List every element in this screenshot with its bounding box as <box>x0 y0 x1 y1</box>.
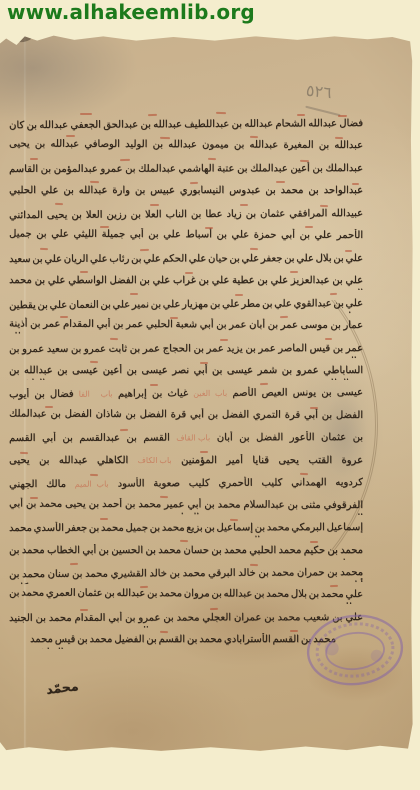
manuscript-line: عبدالواحد بن محمد بن عبدوس النيسابوري عب… <box>9 184 363 200</box>
line-text: عبيدالله المرافقي عثمان بن زياد عطا بن ا… <box>9 208 363 221</box>
red-annotation-mark <box>170 317 178 319</box>
line-text: عمار بن موسى عمر بن أبان عمر بن أبي شعبة… <box>9 319 363 336</box>
red-annotation-mark <box>30 158 38 160</box>
line-text: فضال عبدالله الشحام عبدالله بن عبداللطيف… <box>9 118 363 131</box>
manuscript-line: الفرقوفي مثنى بن عبدالسلام محمد بن أبي ع… <box>9 497 363 515</box>
red-annotation-mark <box>235 294 243 296</box>
red-annotation-mark <box>338 115 347 117</box>
manuscript-line: محمد بن القسم الأسترابادي محمد بن القسم … <box>30 633 336 649</box>
red-annotation-mark <box>200 362 208 364</box>
red-annotation-mark <box>40 248 48 250</box>
red-annotation-mark <box>100 518 108 520</box>
library-watermark-url: www.alhakeemlib.org <box>7 0 255 24</box>
red-annotation-mark <box>200 451 208 453</box>
red-annotation-mark <box>180 540 188 542</box>
line-text: إسماعيل البرمكي محمد بن إسماعيل بن بزيع … <box>9 522 363 538</box>
line-text: علي محمد بن بلال محمد بن عبدالله بن مروا… <box>9 588 363 605</box>
line-text: علي بن عبدالقوي علي بن مطر علي بن مهزيار… <box>9 298 363 315</box>
line-text: محمد بن حمران محمد بن خالد البرقي محمد ب… <box>9 567 363 584</box>
manuscript-line: عروة القتب يحيى قنايا أمير المؤمنين باب … <box>9 454 363 470</box>
red-annotation-mark <box>150 204 159 206</box>
line-text: مالك الجهني <box>9 479 66 490</box>
line-text: بن عثمان الأعور الفضل بن أبان <box>217 432 363 443</box>
line-text: الأحمر علي بن أبي حمزة علي بن أسباط علي … <box>9 229 363 242</box>
line-text: كردويه الهمداني كليب الأحمري كليب صعوبة … <box>118 477 363 489</box>
red-annotation-mark <box>120 429 128 431</box>
red-annotation-mark <box>310 407 318 409</box>
manuscript-line: محمد بن حمران محمد بن خالد البرقي محمد ب… <box>9 566 363 584</box>
rubric-section-marker: باب القاف <box>176 432 210 445</box>
red-annotation-mark <box>345 250 352 252</box>
manuscript-line: كردويه الهمداني كليب الأحمري كليب صعوبة … <box>9 476 363 494</box>
line-text: فضال بن أيوب <box>9 389 74 400</box>
manuscript-line: علي بن عبدالقوي علي بن مطر علي بن مهزيار… <box>9 297 363 315</box>
manuscript-line: محمد بن حكيم محمد الحلبي محمد بن حسان مح… <box>9 544 363 560</box>
manuscript-line: الساباطي عمرو بن شمر عيسى بن أبي نصر عيس… <box>9 364 363 380</box>
red-annotation-mark <box>80 113 92 115</box>
rubric-section-marker: باب الغين <box>193 387 227 400</box>
red-annotation-mark <box>325 338 332 340</box>
red-annotation-mark <box>310 541 318 543</box>
line-text: محمد بن القسم الأسترابادي محمد بن القسم … <box>30 634 336 649</box>
manuscript-line: عبدالله بن المغيرة عبدالله بن ميمون عبدا… <box>9 138 363 156</box>
line-text: عبدالله بن المغيرة عبدالله بن ميمون عبدا… <box>9 139 363 152</box>
red-annotation-mark <box>80 271 88 273</box>
rubric-section-marker: باب الميم <box>75 478 109 491</box>
red-annotation-mark <box>208 158 216 160</box>
red-annotation-mark <box>60 316 68 318</box>
line-text: غياث بن إبراهيم <box>118 388 188 399</box>
red-annotation-mark <box>305 226 313 228</box>
red-annotation-mark <box>205 227 213 229</box>
line-text: علي بن بلال علي بن جعفر علي بن حيان علي … <box>9 253 363 265</box>
red-annotation-mark <box>330 293 337 295</box>
manuscript-line: إسماعيل البرمكي محمد بن إسماعيل بن بزيع … <box>9 521 363 538</box>
red-annotation-mark <box>290 271 298 273</box>
line-text: الكاهلي عبدالله بن يحيى <box>9 455 128 466</box>
red-annotation-mark <box>250 136 258 138</box>
red-annotation-mark <box>297 114 305 116</box>
red-annotation-mark <box>320 205 328 207</box>
line-text: الساباطي عمرو بن شمر عيسى بن أبي نصر عيس… <box>9 365 363 380</box>
red-annotation-mark <box>45 406 53 408</box>
red-annotation-mark <box>250 564 258 566</box>
line-text: عيسى بن يونس العيص الأصم <box>232 387 363 399</box>
red-annotation-mark <box>185 272 193 274</box>
rubric-section-marker: باب الكاف <box>138 454 172 467</box>
manuscript-line: بن عثمان الأعور الفضل بن أبان باب القاف … <box>9 431 363 448</box>
line-text: الفرقوفي مثنى بن عبدالسلام محمد بن أبي ع… <box>9 498 363 515</box>
red-annotation-mark <box>240 204 248 206</box>
manuscript-line: الأحمر علي بن أبي حمزة علي بن أسباط علي … <box>9 228 363 246</box>
red-annotation-mark <box>250 248 258 250</box>
line-text: عبدالواحد بن محمد بن عبدوس النيسابوري عب… <box>9 185 363 196</box>
manuscript-line: عبدالملك بن أعين عبدالملك بن عتبة الهاشم… <box>9 162 363 179</box>
line-text: عروة القتب يحيى قنايا أمير المؤمنين <box>181 455 363 466</box>
line-text: عبدالملك بن أعين عبدالملك بن عتبة الهاشم… <box>9 163 363 175</box>
red-annotation-mark <box>66 135 75 137</box>
red-annotation-mark <box>130 293 138 295</box>
manuscript-line: علي بن عبدالعزيز علي بن عطية علي بن غراب… <box>9 274 363 290</box>
red-annotation-mark <box>330 585 338 587</box>
manuscript-line: الفضل بن أبي قرة التمري الفضل بن أبي قرة… <box>9 407 363 425</box>
library-oval-stamp <box>298 601 413 700</box>
manuscript-line: علي محمد بن بلال محمد بن عبدالله بن مروا… <box>9 587 363 605</box>
red-annotation-mark <box>352 183 359 185</box>
manuscript-line: عمر بن قيس الماصر عمر بن يزيد عمر بن الح… <box>9 342 363 359</box>
line-text: الفضل بن أبي قرة التمري الفضل بن أبي قرة… <box>9 408 363 421</box>
red-annotation-mark <box>190 182 198 184</box>
line-text: محمد بن حكيم محمد الحلبي محمد بن حسان مح… <box>9 545 363 560</box>
manuscript-line: عمار بن موسى عمر بن أبان عمر بن أبي شعبة… <box>9 318 363 336</box>
manuscript-line: علي بن بلال علي بن جعفر علي بن حيان علي … <box>9 252 363 269</box>
red-annotation-mark <box>290 630 298 632</box>
red-annotation-mark <box>100 226 109 228</box>
manuscript-line: عبيدالله المرافقي عثمان بن زياد عطا بن ا… <box>9 207 363 225</box>
scanned-manuscript-page: www.alhakeemlib.org ٥٢٦ فضال عبدالله الش… <box>0 0 420 790</box>
red-annotation-mark <box>260 383 268 385</box>
manuscript-line: فضال عبدالله الشحام عبدالله بن عبداللطيف… <box>9 117 363 135</box>
manuscript-line: عيسى بن يونس العيص الأصم باب الغين غياث … <box>9 386 363 404</box>
line-text: عمر بن قيس الماصر عمر بن يزيد عمر بن الح… <box>9 343 363 359</box>
red-annotation-mark <box>30 497 38 499</box>
red-annotation-mark <box>276 181 285 183</box>
red-annotation-mark <box>150 384 158 386</box>
red-annotation-mark <box>110 338 118 340</box>
pencil-folio-number: ٥٢٦ <box>305 81 333 103</box>
red-annotation-mark <box>220 339 228 341</box>
line-text: القسم بن عبدالقسم بن أبي القسم <box>9 433 170 444</box>
rubric-section-marker: باب الفا <box>79 388 113 401</box>
torn-edge-notch <box>14 33 33 43</box>
line-text: علي بن عبدالعزيز علي بن عطية علي بن غراب… <box>9 275 363 290</box>
red-annotation-mark <box>80 609 88 611</box>
